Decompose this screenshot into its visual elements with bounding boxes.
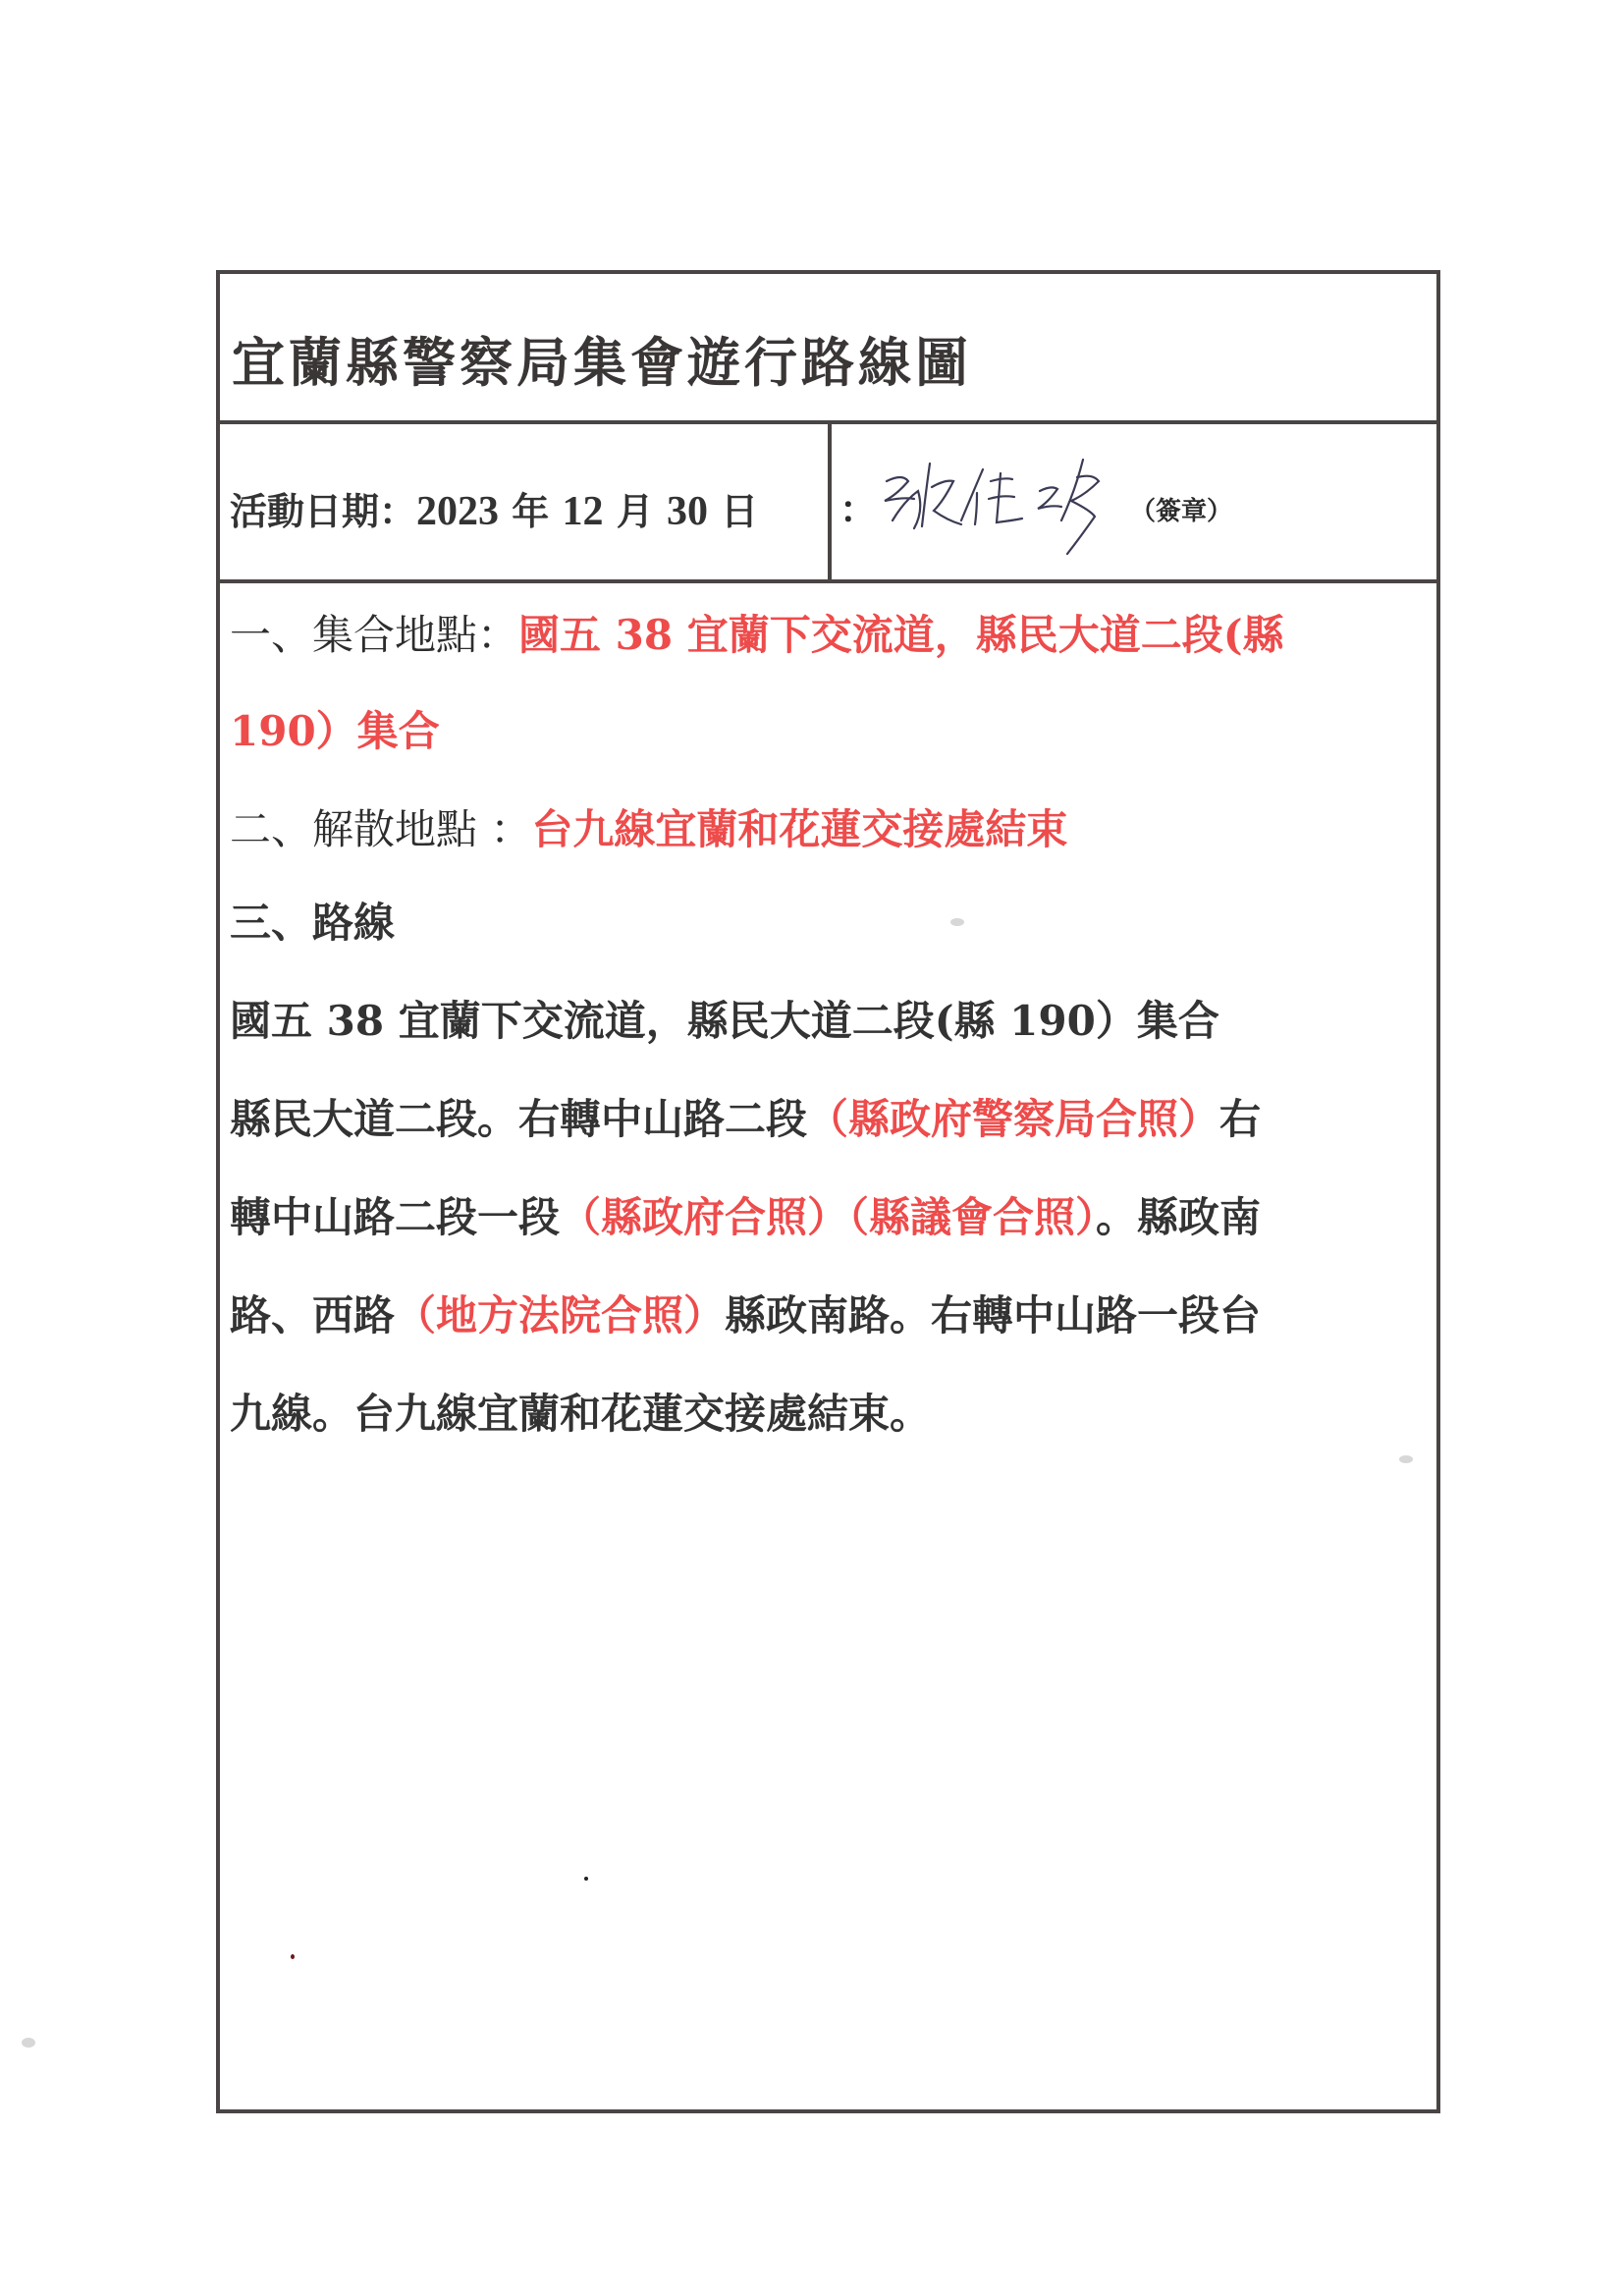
route-line-4: 路、西路（地方法院合照）縣政南路。右轉中山路一段台 (230, 1290, 1261, 1341)
dispersal-label: 二、解散地點 ： (230, 805, 531, 853)
date-year-unit: 年 (499, 489, 562, 533)
route-line-4-part1: 路、西路 (230, 1291, 395, 1339)
route-line-3-part1: 轉中山路二段一段 (230, 1193, 560, 1241)
route-heading: 三、路線 (230, 898, 395, 949)
route-form-frame: 宜蘭縣警察局集會遊行路線圖 活動日期：2023 年 12 月 30 日 ： (216, 270, 1440, 2113)
assembly-location-line1: 一、集合地點：國五 38 宜蘭下交流道，縣民大道二段(縣 (230, 610, 1284, 661)
activity-date-label: 活動日期： (230, 489, 416, 533)
date-day: 30 (667, 489, 708, 534)
route-line-1-text: 國五 38 宜蘭下交流道，縣民大道二段(縣 190）集合 (230, 997, 1219, 1045)
scan-speck (950, 918, 964, 926)
date-row: 活動日期：2023 年 12 月 30 日 ： (220, 424, 1436, 583)
scan-speck (22, 2038, 35, 2048)
scan-speck (1399, 1455, 1413, 1463)
assembly-label: 一、集合地點： (230, 611, 518, 659)
activity-date: 活動日期：2023 年 12 月 30 日 (230, 481, 758, 535)
form-title: 宜蘭縣警察局集會遊行路線圖 (232, 321, 972, 397)
route-line-5: 九線。台九線宜蘭和花蓮交接處結束。 (230, 1389, 931, 1440)
route-line-1: 國五 38 宜蘭下交流道，縣民大道二段(縣 190）集合 (230, 996, 1219, 1047)
assembly-value-line2: 190）集合 (230, 707, 440, 755)
date-day-unit: 日 (708, 489, 758, 533)
route-line-5-text: 九線。台九線宜蘭和花蓮交接處結束。 (230, 1390, 931, 1438)
signature-label: （簽章） (1130, 491, 1232, 527)
activity-date-cell: 活動日期：2023 年 12 月 30 日 (220, 424, 832, 579)
dispersal-value: 台九線宜蘭和花蓮交接處結束 (531, 805, 1067, 853)
route-line-2-part1: 縣民大道二段。右轉中山路二段 (230, 1095, 807, 1143)
route-line-3-part3: 。縣政南 (1096, 1193, 1261, 1241)
date-year: 2023 (416, 489, 499, 534)
date-month: 12 (562, 489, 603, 534)
date-month-unit: 月 (603, 489, 666, 533)
scan-speck (291, 1954, 295, 1959)
signature-cell: ： （簽章） (836, 424, 1436, 579)
scan-speck (584, 1877, 588, 1881)
route-line-4-part3: 縣政南路。右轉中山路一段台 (725, 1291, 1261, 1339)
route-line-2-photo-stop: （縣政府警察局合照） (807, 1095, 1219, 1143)
signature-colon: ： (839, 479, 877, 533)
title-row: 宜蘭縣警察局集會遊行路線圖 (220, 274, 1436, 424)
dispersal-location: 二、解散地點 ：台九線宜蘭和花蓮交接處結束 (230, 804, 1067, 855)
route-line-4-photo-stop: （地方法院合照） (395, 1291, 725, 1339)
route-line-2-part3: 右 (1219, 1095, 1261, 1143)
route-line-3-photo-stops: （縣政府合照）（縣議會合照） (560, 1193, 1096, 1241)
assembly-value-line1: 國五 38 宜蘭下交流道，縣民大道二段(縣 (518, 611, 1284, 659)
handwritten-signature (875, 452, 1130, 560)
assembly-location-line2: 190）集合 (230, 706, 440, 757)
route-line-2: 縣民大道二段。右轉中山路二段（縣政府警察局合照）右 (230, 1094, 1261, 1145)
route-line-3: 轉中山路二段一段（縣政府合照）（縣議會合照）。縣政南 (230, 1192, 1261, 1243)
